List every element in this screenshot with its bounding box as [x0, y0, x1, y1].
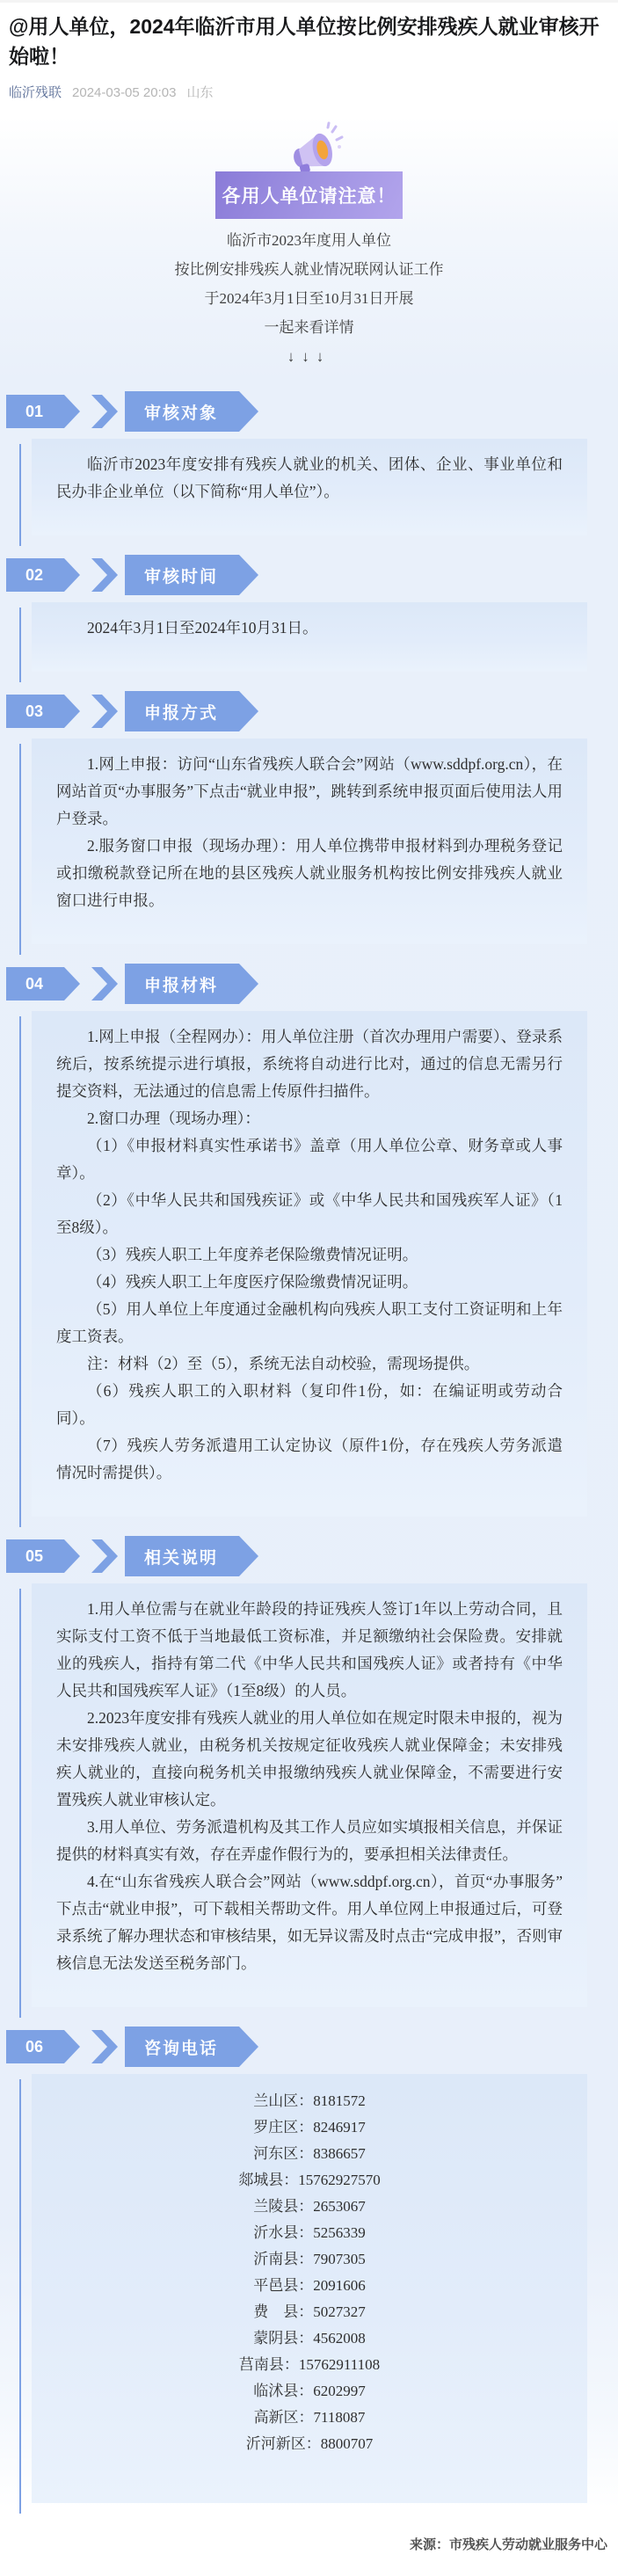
publish-region: 山东 [186, 83, 213, 101]
section-title-banner: 咨询电话 [125, 2027, 258, 2067]
section-title-banner: 申报方式 [125, 691, 258, 731]
section-title-banner: 相关说明 [125, 1536, 258, 1576]
section-related-notes: 05 相关说明 1.用人单位需与在就业年龄段的持证残疾人签订1年以上劳动合同，且… [0, 1536, 618, 2007]
chevron-right-icon [91, 695, 118, 728]
phone-line: 平邑县：2091606 [56, 2273, 563, 2299]
phone-line: 兰山区：8181572 [56, 2088, 563, 2114]
paragraph: 1.用人单位需与在就业年龄段的持证残疾人签订1年以上劳动合同，且实际支付工资不低… [56, 1596, 563, 1705]
megaphone-icon [0, 117, 618, 171]
section-number-badge: 01 [6, 395, 80, 428]
down-arrows-icon: ↓↓↓ [0, 342, 618, 372]
account-name-link[interactable]: 临沂残联 [9, 83, 62, 101]
phone-line: 沂南县：7907305 [56, 2246, 563, 2273]
section-number-badge: 03 [6, 695, 80, 728]
phone-line: 郯城县：15762927570 [56, 2167, 563, 2194]
intro-line: 一起来看详情 [0, 313, 618, 342]
article-page: @用人单位，2024年临沂市用人单位按比例安排残疾人就业审核开始啦！ 临沂残联 … [0, 0, 618, 2576]
paragraph: 3.用人单位、劳务派遣机构及其工作人员应如实填报相关信息，并保证提供的材料真实有… [56, 1814, 563, 1868]
chevron-right-icon [91, 395, 118, 428]
phone-line: 沂河新区：8800707 [56, 2431, 563, 2457]
publish-time: 2024-03-05 20:03 [72, 85, 176, 100]
section-body: 1.网上申报（全程网办）：用人单位注册（首次办理用户需要）、登录系统后，按系统提… [32, 1011, 587, 1517]
section-body: 1.网上申报：访问“山东省残疾人联合会”网站（www.sddpf.org.cn）… [32, 739, 587, 944]
section-number-badge: 02 [6, 558, 80, 592]
paragraph: 4.在“山东省残疾人联合会”网站（www.sddpf.org.cn），首页“办事… [56, 1868, 563, 1977]
paragraph: 2.服务窗口申报（现场办理）：用人单位携带申报材料到办理税务登记或扣缴税款登记所… [56, 833, 563, 914]
phone-line: 费 县：5027327 [56, 2299, 563, 2325]
intro-line: 临沂市2023年度用人单位 [0, 226, 618, 255]
notice-badge: 各用人单位请注意！ [215, 171, 403, 219]
section-title-banner: 审核对象 [125, 391, 258, 432]
paragraph: 2.2023年度安排有残疾人就业的用人单位如在规定时限未申报的，视为未安排残疾人… [56, 1705, 563, 1814]
paragraph: 2.窗口办理（现场办理）： [56, 1105, 563, 1132]
phone-line: 高新区：7118087 [56, 2405, 563, 2431]
chevron-right-icon [91, 2030, 118, 2063]
phone-line: 临沭县：6202997 [56, 2378, 563, 2405]
article-title: @用人单位，2024年临沂市用人单位按比例安排残疾人就业审核开始啦！ [0, 3, 618, 71]
paragraph: 临沂市2023年度安排有残疾人就业的机关、团体、企业、事业单位和民办非企业单位（… [56, 451, 563, 506]
paragraph: （3）残疾人职工上年度养老保险缴费情况证明。 [56, 1241, 563, 1269]
paragraph: （5）用人单位上年度通过金融机构向残疾人职工支付工资证明和上年度工资表。 [56, 1296, 563, 1350]
section-body: 1.用人单位需与在就业年龄段的持证残疾人签订1年以上劳动合同，且实际支付工资不低… [32, 1583, 587, 2007]
section-header: 06 咨询电话 [6, 2027, 618, 2067]
intro-line: 于2024年3月1日至10月31日开展 [0, 284, 618, 313]
section-number-badge: 04 [6, 967, 80, 1001]
chevron-right-icon [91, 1539, 118, 1573]
section-body: 临沂市2023年度安排有残疾人就业的机关、团体、企业、事业单位和民办非企业单位（… [32, 439, 587, 535]
paragraph: （2）《中华人民共和国残疾证》或《中华人民共和国残疾军人证》（1至8级）。 [56, 1187, 563, 1241]
byline: 临沂残联 2024-03-05 20:03 山东 [0, 71, 618, 101]
section-header: 04 申报材料 [6, 964, 618, 1004]
paragraph: 1.网上申报：访问“山东省残疾人联合会”网站（www.sddpf.org.cn）… [56, 751, 563, 833]
section-header: 01 审核对象 [6, 391, 618, 432]
paragraph: （6）残疾人职工的入职材料（复印件1份，如：在编证明或劳动合同）。 [56, 1378, 563, 1432]
section-audit-time: 02 审核时间 2024年3月1日至2024年10月31日。 [0, 555, 618, 672]
paragraph: 2024年3月1日至2024年10月31日。 [56, 615, 563, 642]
chevron-right-icon [91, 558, 118, 592]
paragraph: （1）《申报材料真实性承诺书》盖章（用人单位公章、财务章或人事章）。 [56, 1132, 563, 1187]
intro-line: 按比例安排残疾人就业情况联网认证工作 [0, 255, 618, 284]
section-declare-materials: 04 申报材料 1.网上申报（全程网办）：用人单位注册（首次办理用户需要）、登录… [0, 964, 618, 1517]
phone-line: 罗庄区：8246917 [56, 2114, 563, 2141]
phone-line: 莒南县：15762911108 [56, 2352, 563, 2378]
section-number-badge: 06 [6, 2030, 80, 2063]
section-number-badge: 05 [6, 1539, 80, 1573]
section-title-banner: 申报材料 [125, 964, 258, 1004]
section-body: 2024年3月1日至2024年10月31日。 [32, 602, 587, 672]
section-consult-phones: 06 咨询电话 兰山区：8181572 罗庄区：8246917 河东区：8386… [0, 2027, 618, 2503]
paragraph: 注：材料（2）至（5），系统无法自动校验，需现场提供。 [56, 1350, 563, 1378]
section-header: 05 相关说明 [6, 1536, 618, 1576]
section-title-banner: 审核时间 [125, 555, 258, 595]
section-header: 03 申报方式 [6, 691, 618, 731]
source-attribution: 来源：市残疾人劳动就业服务中心 [0, 2508, 618, 2576]
phone-line: 蒙阴县：4562008 [56, 2325, 563, 2352]
phone-line: 河东区：8386657 [56, 2141, 563, 2167]
section-audit-target: 01 审核对象 临沂市2023年度安排有残疾人就业的机关、团体、企业、事业单位和… [0, 391, 618, 535]
paragraph: （4）残疾人职工上年度医疗保险缴费情况证明。 [56, 1269, 563, 1296]
paragraph: （7）残疾人劳务派遣用工认定协议（原件1份，存在残疾人劳务派遣情况时需提供）。 [56, 1432, 563, 1487]
section-header: 02 审核时间 [6, 555, 618, 595]
phone-line: 兰陵县：2653067 [56, 2194, 563, 2220]
chevron-right-icon [91, 967, 118, 1001]
paragraph: 1.网上申报（全程网办）：用人单位注册（首次办理用户需要）、登录系统后，按系统提… [56, 1023, 563, 1105]
section-declare-method: 03 申报方式 1.网上申报：访问“山东省残疾人联合会”网站（www.sddpf… [0, 691, 618, 944]
decorated-content: 各用人单位请注意！ 临沂市2023年度用人单位 按比例安排残疾人就业情况联网认证… [0, 117, 618, 2508]
intro-block: 临沂市2023年度用人单位 按比例安排残疾人就业情况联网认证工作 于2024年3… [0, 226, 618, 342]
phone-line: 沂水县：5256339 [56, 2220, 563, 2246]
section-body-phone-list: 兰山区：8181572 罗庄区：8246917 河东区：8386657 郯城县：… [32, 2074, 587, 2503]
